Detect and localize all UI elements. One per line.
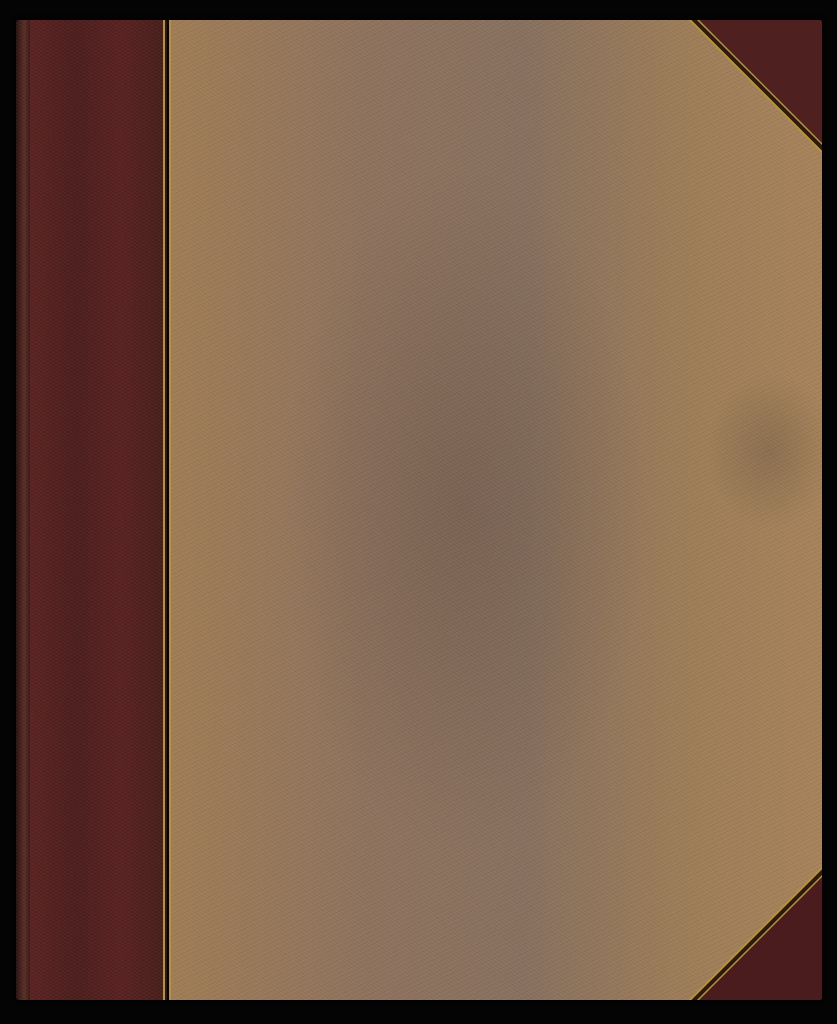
gilt-fillet-2 [169, 20, 171, 1000]
leather-corner-top-right [656, 20, 822, 182]
leather-spine [16, 20, 166, 1000]
book-cover [16, 20, 822, 1000]
gilt-fillet-1 [163, 20, 165, 1000]
spine-edge [16, 20, 30, 1000]
leather-corner-bottom-right [656, 838, 822, 1000]
